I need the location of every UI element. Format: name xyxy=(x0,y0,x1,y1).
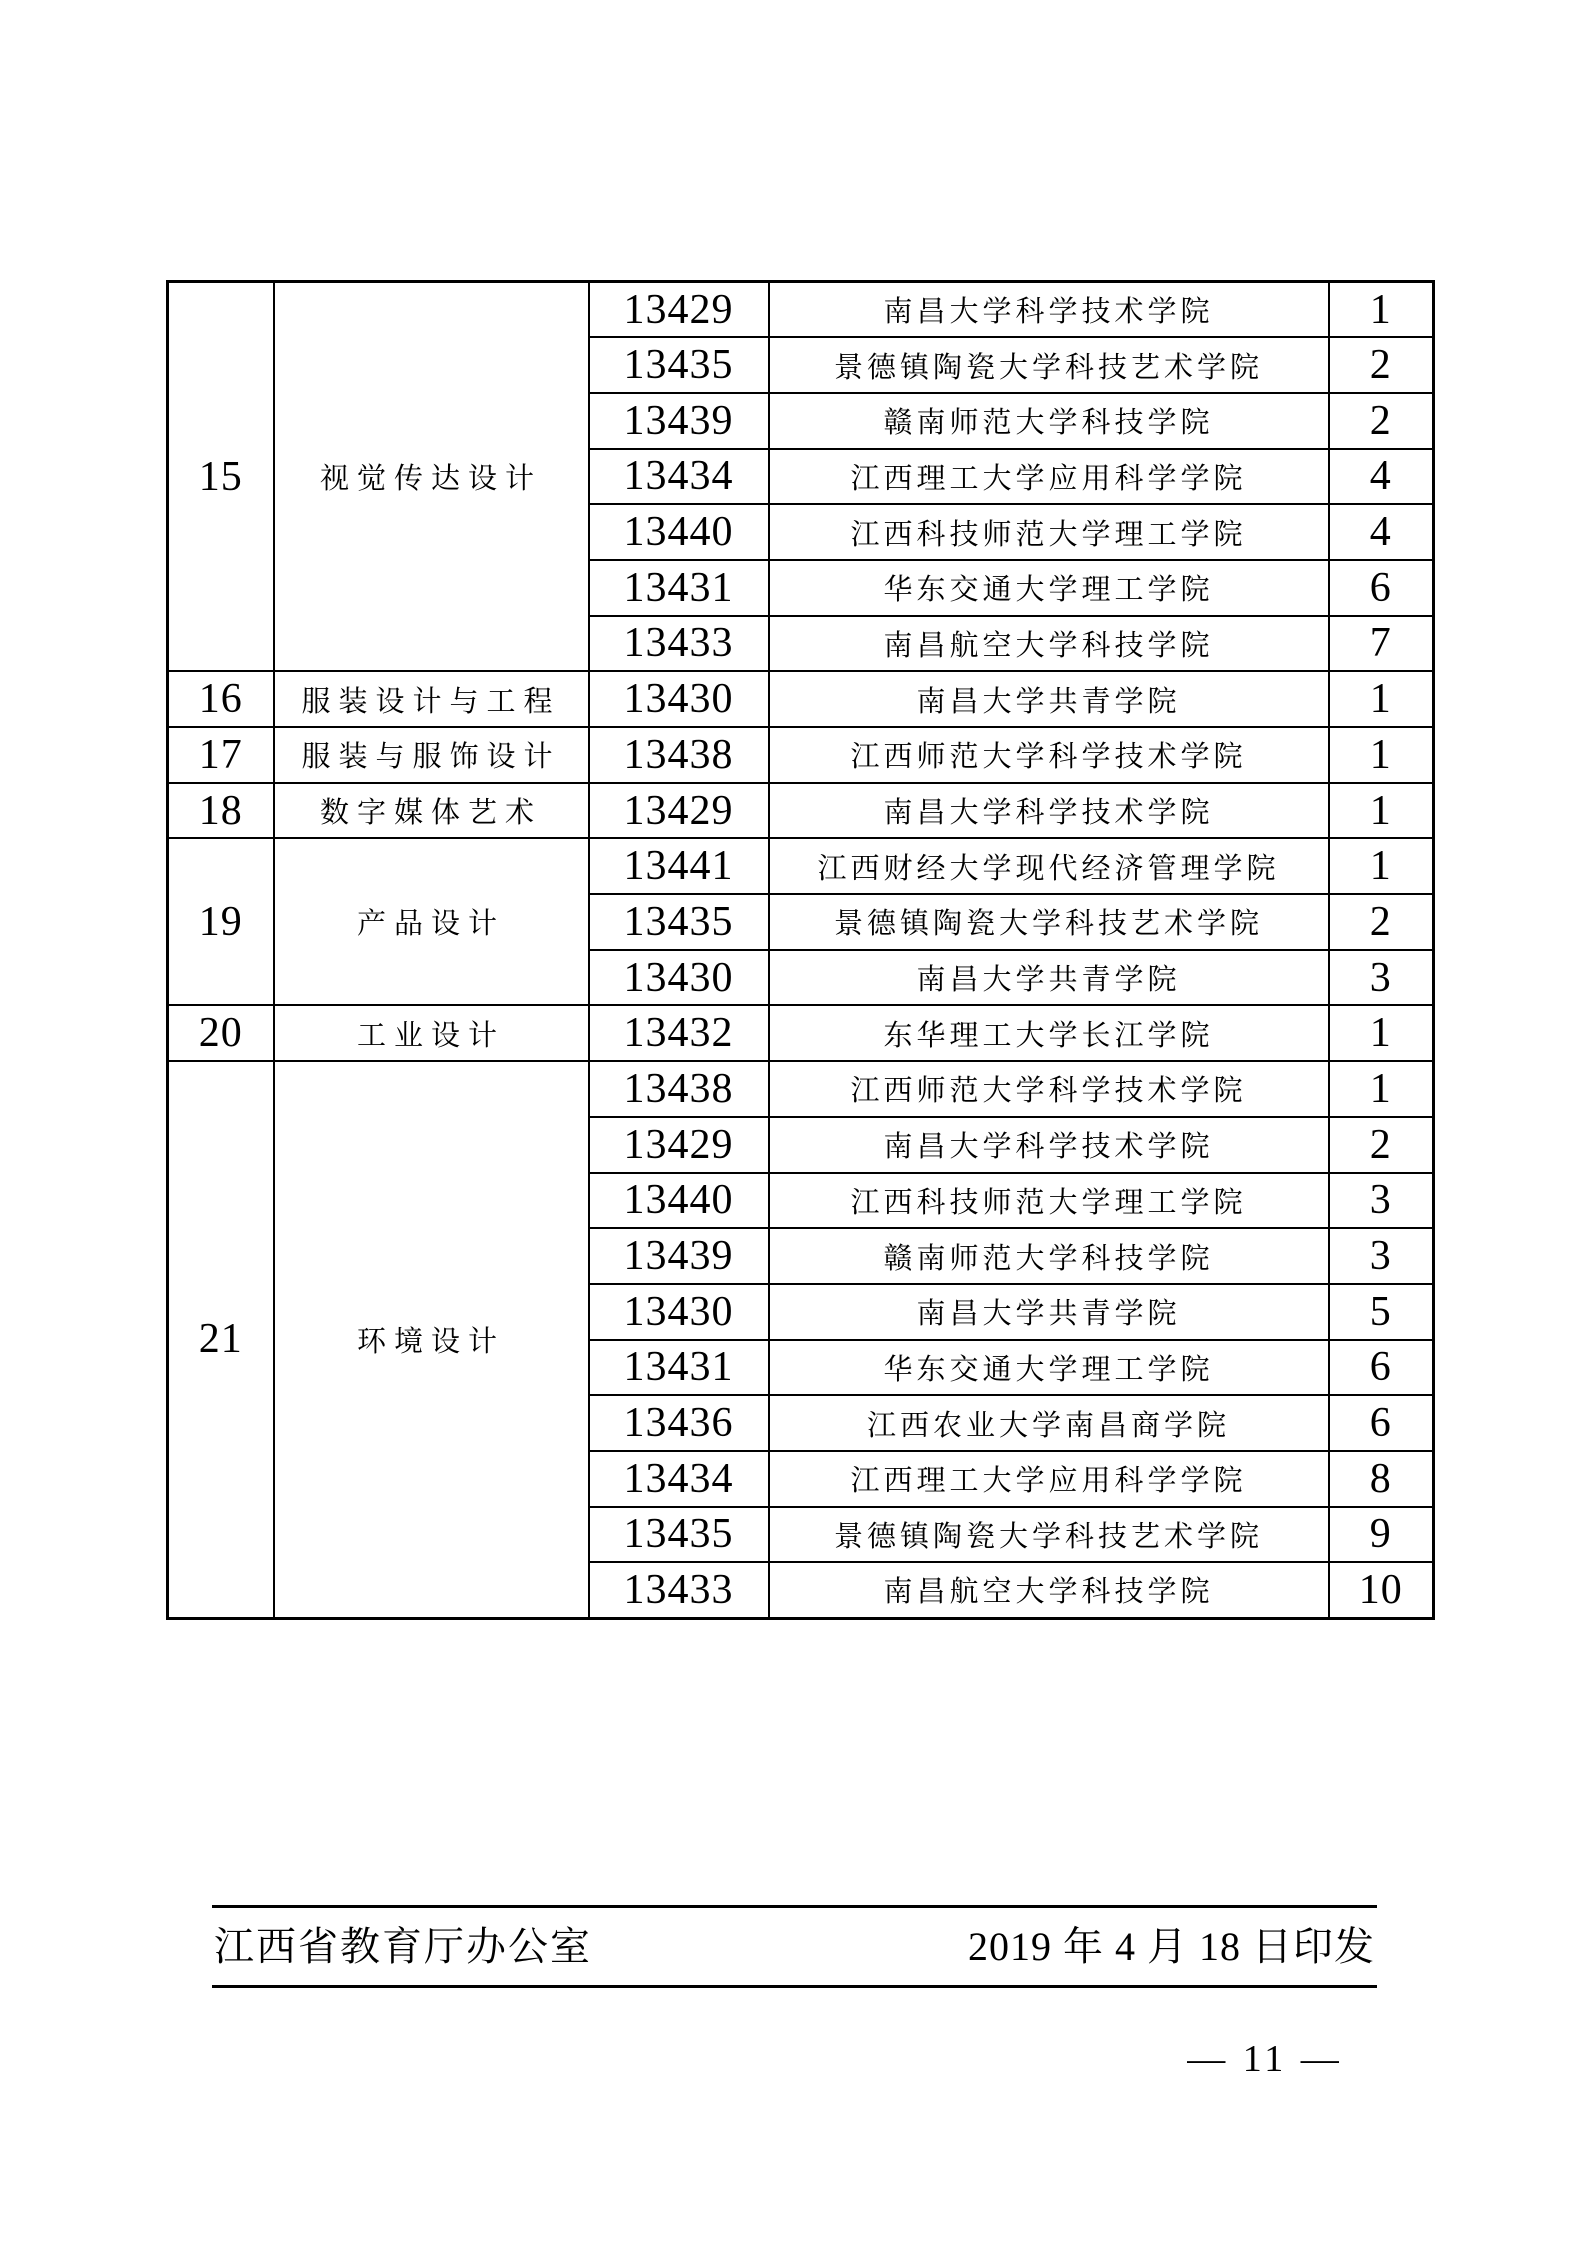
table-row: 18数字媒体艺术13429南昌大学科学技术学院1 xyxy=(168,783,1434,839)
rank-cell: 2 xyxy=(1329,894,1434,950)
ranking-table: 15视觉传达设计13429南昌大学科学技术学院113435景德镇陶瓷大学科技艺术… xyxy=(166,280,1435,1620)
page-number: — 11 — xyxy=(1100,2040,1430,2078)
school-code-cell: 13438 xyxy=(589,1061,769,1117)
row-number-cell: 19 xyxy=(168,838,274,1005)
school-name-cell: 江西理工大学应用科学学院 xyxy=(769,1451,1329,1507)
rank-cell: 1 xyxy=(1329,783,1434,839)
footer-divider-top xyxy=(212,1905,1377,1908)
rank-cell: 6 xyxy=(1329,1340,1434,1396)
rank-cell: 1 xyxy=(1329,1061,1434,1117)
table-row: 16服装设计与工程13430南昌大学共青学院1 xyxy=(168,671,1434,727)
school-code-cell: 13433 xyxy=(589,616,769,672)
major-name-cell: 服装设计与工程 xyxy=(274,671,589,727)
major-name-cell: 数字媒体艺术 xyxy=(274,783,589,839)
school-name-cell: 南昌大学共青学院 xyxy=(769,1284,1329,1340)
rank-cell: 3 xyxy=(1329,1228,1434,1284)
rank-cell: 2 xyxy=(1329,1117,1434,1173)
row-number-cell: 17 xyxy=(168,727,274,783)
table-row: 19产品设计13441江西财经大学现代经济管理学院1 xyxy=(168,838,1434,894)
school-code-cell: 13439 xyxy=(589,393,769,449)
school-code-cell: 13429 xyxy=(589,1117,769,1173)
footer-print-date: 2019 年 4 月 18 日印发 xyxy=(968,1927,1375,1967)
major-name-cell: 工业设计 xyxy=(274,1005,589,1061)
school-name-cell: 江西理工大学应用科学学院 xyxy=(769,449,1329,505)
school-code-cell: 13430 xyxy=(589,950,769,1006)
footer-issuer: 江西省教育厅办公室 xyxy=(214,1927,592,1967)
school-code-cell: 13429 xyxy=(589,282,769,338)
school-code-cell: 13431 xyxy=(589,560,769,616)
school-code-cell: 13429 xyxy=(589,783,769,839)
school-code-cell: 13439 xyxy=(589,1228,769,1284)
rank-cell: 1 xyxy=(1329,1005,1434,1061)
school-name-cell: 南昌航空大学科技学院 xyxy=(769,1562,1329,1618)
table-row: 21环境设计13438江西师范大学科学技术学院1 xyxy=(168,1061,1434,1117)
row-number-cell: 20 xyxy=(168,1005,274,1061)
school-name-cell: 南昌大学共青学院 xyxy=(769,950,1329,1006)
rank-cell: 3 xyxy=(1329,950,1434,1006)
row-number-cell: 21 xyxy=(168,1061,274,1618)
school-name-cell: 华东交通大学理工学院 xyxy=(769,560,1329,616)
row-number-cell: 16 xyxy=(168,671,274,727)
school-name-cell: 江西科技师范大学理工学院 xyxy=(769,504,1329,560)
school-name-cell: 南昌航空大学科技学院 xyxy=(769,616,1329,672)
rank-cell: 1 xyxy=(1329,727,1434,783)
school-name-cell: 景德镇陶瓷大学科技艺术学院 xyxy=(769,894,1329,950)
table-row: 20工业设计13432东华理工大学长江学院1 xyxy=(168,1005,1434,1061)
rank-cell: 4 xyxy=(1329,504,1434,560)
rank-cell: 1 xyxy=(1329,838,1434,894)
school-code-cell: 13440 xyxy=(589,504,769,560)
school-code-cell: 13434 xyxy=(589,449,769,505)
school-code-cell: 13434 xyxy=(589,1451,769,1507)
rank-cell: 2 xyxy=(1329,337,1434,393)
school-code-cell: 13435 xyxy=(589,1507,769,1563)
school-name-cell: 赣南师范大学科技学院 xyxy=(769,393,1329,449)
major-name-cell: 视觉传达设计 xyxy=(274,282,589,672)
school-code-cell: 13440 xyxy=(589,1173,769,1229)
row-number-cell: 15 xyxy=(168,282,274,672)
school-name-cell: 南昌大学科学技术学院 xyxy=(769,282,1329,338)
school-code-cell: 13438 xyxy=(589,727,769,783)
rank-cell: 6 xyxy=(1329,560,1434,616)
rank-cell: 2 xyxy=(1329,393,1434,449)
rank-cell: 8 xyxy=(1329,1451,1434,1507)
rank-cell: 4 xyxy=(1329,449,1434,505)
major-name-cell: 产品设计 xyxy=(274,838,589,1005)
rank-cell: 5 xyxy=(1329,1284,1434,1340)
row-number-cell: 18 xyxy=(168,783,274,839)
school-name-cell: 南昌大学共青学院 xyxy=(769,671,1329,727)
school-code-cell: 13433 xyxy=(589,1562,769,1618)
rank-cell: 6 xyxy=(1329,1395,1434,1451)
rank-cell: 7 xyxy=(1329,616,1434,672)
school-code-cell: 13436 xyxy=(589,1395,769,1451)
ranking-table-body: 15视觉传达设计13429南昌大学科学技术学院113435景德镇陶瓷大学科技艺术… xyxy=(168,282,1434,1619)
school-name-cell: 江西师范大学科学技术学院 xyxy=(769,1061,1329,1117)
school-code-cell: 13430 xyxy=(589,671,769,727)
major-name-cell: 服装与服饰设计 xyxy=(274,727,589,783)
school-name-cell: 南昌大学科学技术学院 xyxy=(769,783,1329,839)
school-code-cell: 13435 xyxy=(589,337,769,393)
school-name-cell: 江西农业大学南昌商学院 xyxy=(769,1395,1329,1451)
rank-cell: 3 xyxy=(1329,1173,1434,1229)
school-name-cell: 江西财经大学现代经济管理学院 xyxy=(769,838,1329,894)
school-name-cell: 华东交通大学理工学院 xyxy=(769,1340,1329,1396)
table-row: 15视觉传达设计13429南昌大学科学技术学院1 xyxy=(168,282,1434,338)
school-code-cell: 13441 xyxy=(589,838,769,894)
table-row: 17服装与服饰设计13438江西师范大学科学技术学院1 xyxy=(168,727,1434,783)
school-code-cell: 13431 xyxy=(589,1340,769,1396)
rank-cell: 1 xyxy=(1329,282,1434,338)
school-name-cell: 江西科技师范大学理工学院 xyxy=(769,1173,1329,1229)
school-name-cell: 东华理工大学长江学院 xyxy=(769,1005,1329,1061)
school-name-cell: 景德镇陶瓷大学科技艺术学院 xyxy=(769,337,1329,393)
school-name-cell: 赣南师范大学科技学院 xyxy=(769,1228,1329,1284)
school-code-cell: 13435 xyxy=(589,894,769,950)
school-code-cell: 13430 xyxy=(589,1284,769,1340)
rank-cell: 9 xyxy=(1329,1507,1434,1563)
school-name-cell: 南昌大学科学技术学院 xyxy=(769,1117,1329,1173)
document-page: 15视觉传达设计13429南昌大学科学技术学院113435景德镇陶瓷大学科技艺术… xyxy=(0,0,1587,2245)
major-name-cell: 环境设计 xyxy=(274,1061,589,1618)
footer-divider-bottom xyxy=(212,1985,1377,1988)
school-code-cell: 13432 xyxy=(589,1005,769,1061)
school-name-cell: 江西师范大学科学技术学院 xyxy=(769,727,1329,783)
rank-cell: 10 xyxy=(1329,1562,1434,1618)
school-name-cell: 景德镇陶瓷大学科技艺术学院 xyxy=(769,1507,1329,1563)
rank-cell: 1 xyxy=(1329,671,1434,727)
